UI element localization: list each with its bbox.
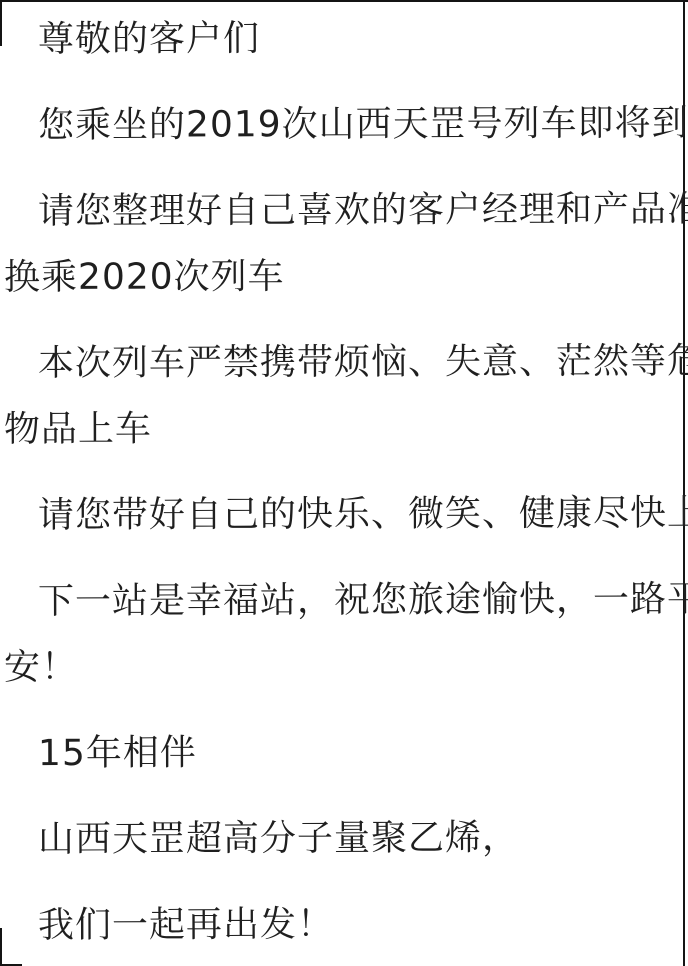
notice-line-train-arriving: 您乘坐的2019次山西天罡号列车即将到站 (4, 91, 682, 159)
notice-page: 尊敬的客户们 您乘坐的2019次山西天罡号列车即将到站 请您整理好自己喜欢的客户… (0, 0, 688, 966)
notice-text-block: 尊敬的客户们 您乘坐的2019次山西天罡号列车即将到站 请您整理好自己喜欢的客户… (0, 0, 688, 958)
notice-line-next-stop-1: 下一站是幸福站，祝您旅途愉快，一路平 (4, 567, 682, 635)
notice-line-greeting: 尊敬的客户们 (4, 5, 682, 73)
notice-line-forbidden-items-1: 本次列车严禁携带烦恼、失意、茫然等危险 (4, 329, 682, 397)
notice-line-next-stop-2: 安！ (4, 633, 682, 701)
notice-line-prepare-transfer-1: 请您整理好自己喜欢的客户经理和产品准备 (4, 177, 682, 245)
notice-line-company: 山西天罡超高分子量聚乙烯， (4, 805, 682, 873)
notice-line-15-years: 15年相伴 (4, 719, 682, 787)
notice-line-forbidden-items-2: 物品上车 (4, 395, 682, 463)
notice-line-prepare-transfer-2: 换乘2020次列车 (4, 243, 682, 311)
notice-line-set-off-again: 我们一起再出发！ (4, 891, 682, 959)
notice-line-bring-happiness: 请您带好自己的快乐、微笑、健康尽快上车 (4, 481, 682, 549)
